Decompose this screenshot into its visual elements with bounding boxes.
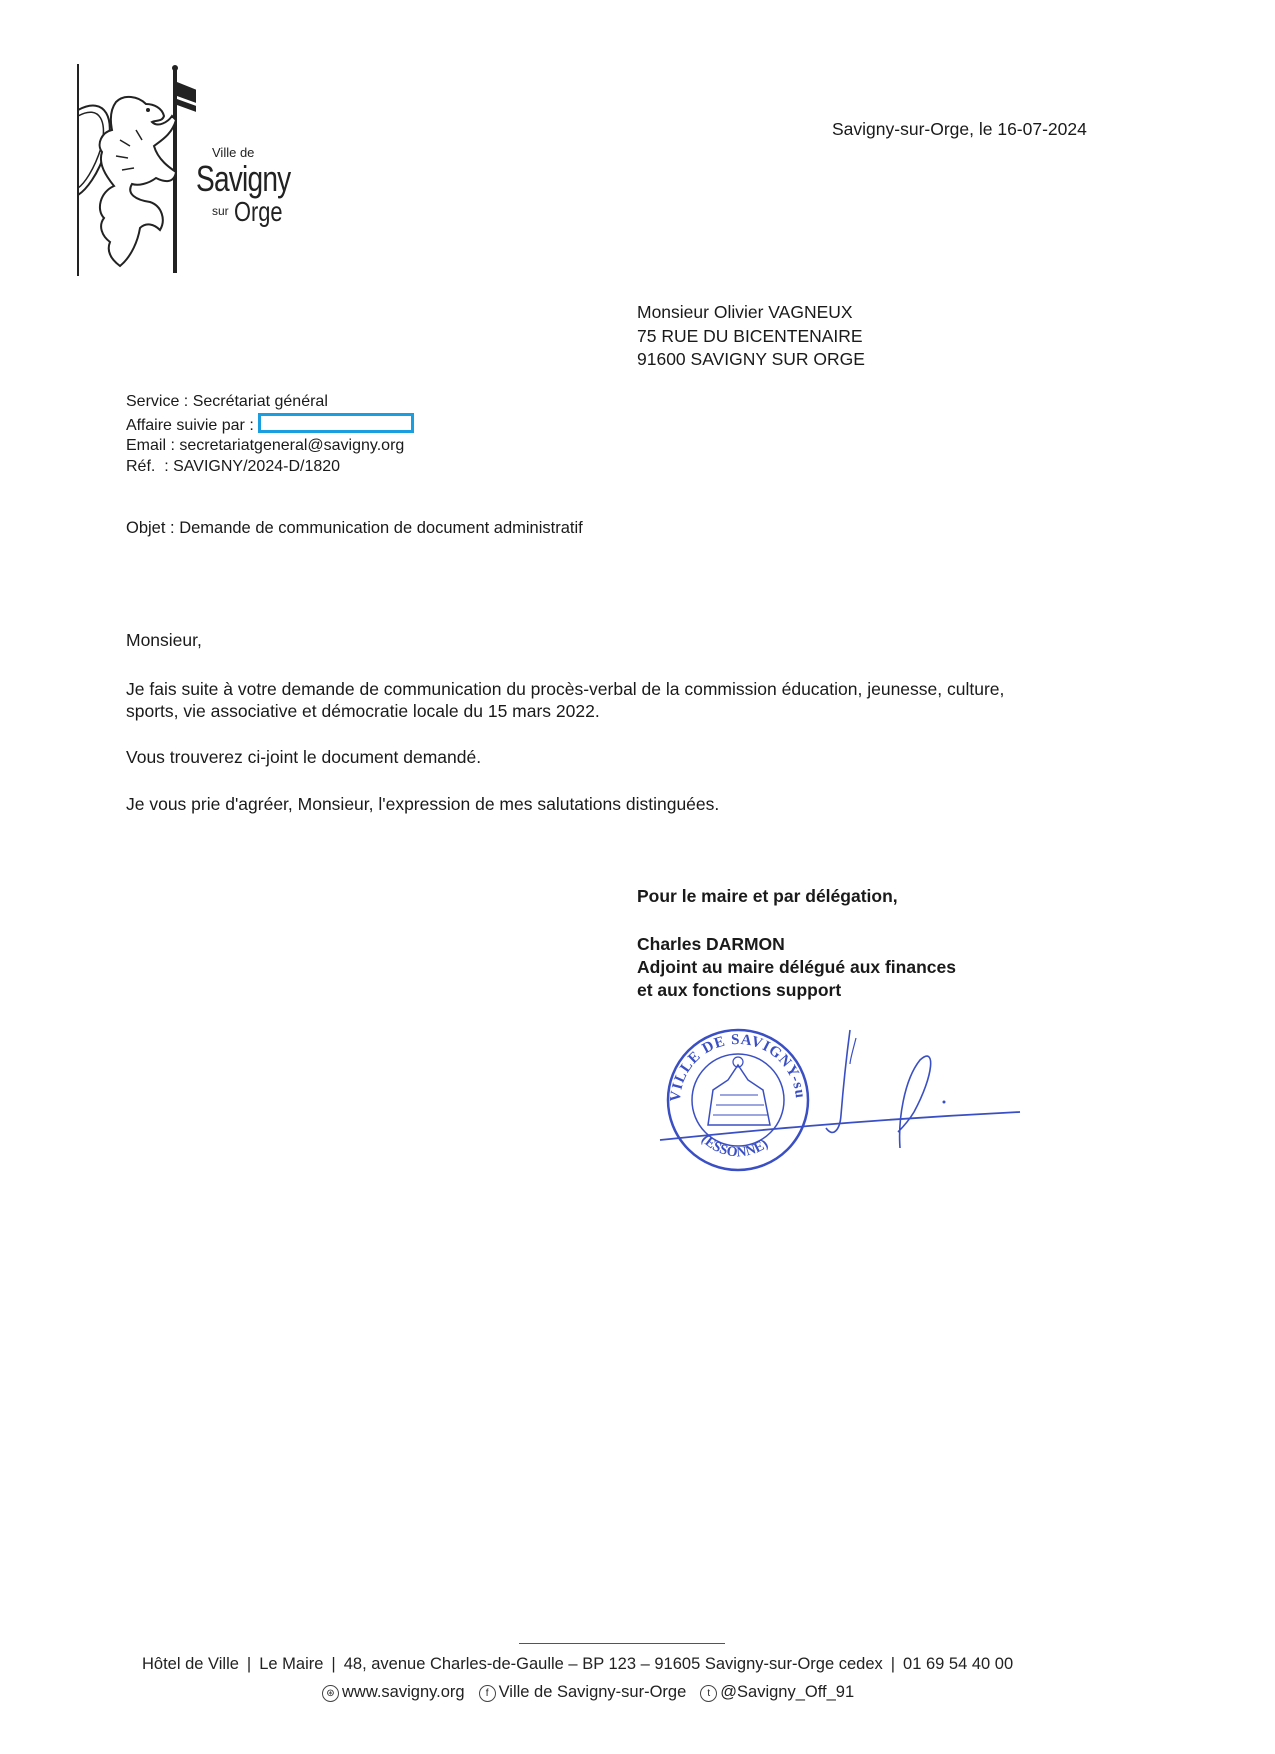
facebook-icon: f	[479, 1685, 496, 1702]
footer-hotel-de-ville: Hôtel de Ville	[142, 1655, 239, 1673]
stamp-bottom-text: (ESSONNE)	[698, 1132, 771, 1160]
logo-text-savigny: Savigny	[196, 158, 290, 200]
delegation-line: Pour le maire et par délégation,	[637, 886, 898, 907]
redacted-name-box	[258, 413, 414, 433]
recipient-city: 91600 SAVIGNY SUR ORGE	[637, 348, 865, 372]
salutation: Monsieur,	[126, 630, 202, 651]
footer-le-maire: Le Maire	[259, 1655, 323, 1673]
globe-icon: ⊛	[322, 1685, 339, 1702]
footer-divider	[519, 1643, 725, 1644]
logo-text-orge: Orge	[234, 196, 283, 228]
email-line: Email : secretariatgeneral@savigny.org	[126, 436, 414, 457]
signatory-title-line-1: Adjoint au maire délégué aux finances	[637, 956, 956, 979]
letter-metadata: Service : Secrétariat général Affaire su…	[126, 392, 414, 477]
footer-twitter-link[interactable]: @Savigny_Off_91	[720, 1683, 854, 1701]
service-line: Service : Secrétariat général	[126, 392, 414, 413]
footer-links-line: ⊛www.savigny.orgfVille de Savigny-sur-Or…	[322, 1683, 854, 1702]
signatory-block: Charles DARMON Adjoint au maire délégué …	[637, 933, 956, 1002]
footer-facebook-link[interactable]: Ville de Savigny-sur-Orge	[499, 1683, 687, 1701]
footer-separator: |	[247, 1655, 251, 1673]
recipient-street: 75 RUE DU BICENTENAIRE	[637, 325, 865, 349]
place-date: Savigny-sur-Orge, le 16-07-2024	[832, 119, 1087, 140]
footer-phone: 01 69 54 40 00	[903, 1655, 1013, 1673]
footer-website-link[interactable]: www.savigny.org	[342, 1683, 465, 1701]
affaire-line: Affaire suivie par :	[126, 413, 414, 437]
recipient-address: Monsieur Olivier VAGNEUX 75 RUE DU BICEN…	[637, 301, 865, 372]
body-paragraph-1-line-1: Je fais suite à votre demande de communi…	[126, 678, 1004, 700]
logo-text-sur: sur	[212, 204, 229, 218]
body-paragraph-2: Vous trouverez ci-joint le document dema…	[126, 747, 481, 768]
signatory-title-line-2: et aux fonctions support	[637, 979, 956, 1002]
footer-separator: |	[891, 1655, 895, 1673]
body-paragraph-1-line-2: sports, vie associative et démocratie lo…	[126, 700, 1004, 722]
body-paragraph-1: Je fais suite à votre demande de communi…	[126, 678, 1004, 722]
lion-rampant-with-banner-icon	[76, 60, 196, 280]
footer-address: 48, avenue Charles-de-Gaulle – BP 123 – …	[344, 1655, 883, 1673]
official-stamp-and-signature: VILLE DE SAVIGNY-sur-ORGE (ESSONNE)	[658, 1020, 1038, 1180]
twitter-icon: t	[700, 1685, 717, 1702]
recipient-name: Monsieur Olivier VAGNEUX	[637, 301, 865, 325]
footer-separator: |	[331, 1655, 335, 1673]
signatory-name: Charles DARMON	[637, 933, 956, 956]
affaire-label: Affaire suivie par :	[126, 417, 254, 434]
subject-line: Objet : Demande de communication de docu…	[126, 518, 583, 539]
footer-contact-line: Hôtel de Ville|Le Maire|48, avenue Charl…	[142, 1655, 1013, 1674]
svg-text:(ESSONNE): (ESSONNE)	[698, 1132, 771, 1160]
body-paragraph-3: Je vous prie d'agréer, Monsieur, l'expre…	[126, 794, 719, 815]
reference-line: Réf. : SAVIGNY/2024-D/1820	[126, 457, 414, 478]
